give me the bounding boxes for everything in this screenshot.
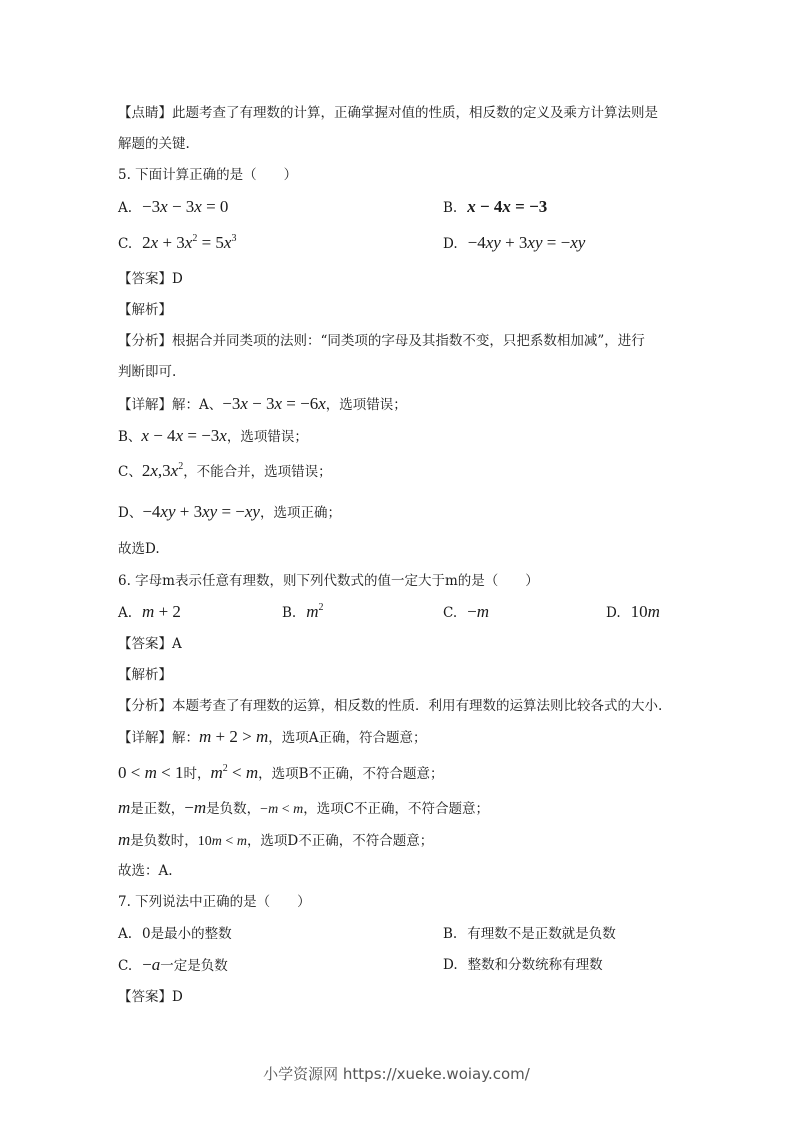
detail-suffix: ，选项A正确，符合题意； [268,730,426,746]
q5-conclusion: 故选D. [118,540,160,558]
q6-detail-2: 0 < m < 1时，m2 < m，选项B不正确，不符合题意； [118,764,444,783]
q5-fenxi-2: 判断即可. [118,363,176,381]
q5-option-b-expr: x − 4x = −3 [467,197,547,216]
detail-suffix: ，选项D不正确，不符合题意； [247,833,433,849]
detail-3-m: m [118,798,130,817]
q6-stem: 6. 字母m表示任意有理数，则下列代数式的值一定大于m的是（ ） [118,572,539,590]
detail-prefix: B、 [118,429,141,445]
q5-option-a-expr: −3x − 3x = 0 [142,197,228,216]
q6-option-b: B.m2 [282,603,324,622]
q5-fenxi-1: 【分析】根据合并同类项的法则：“同类项的字母及其指数不变，只把系数相加减”，进行 [118,332,645,350]
detail-2-expr-1: 0 < m < 1 [118,763,183,782]
q7-option-c-expr: −a [142,955,160,974]
dianjing-line-1: 【点睛】此题考查了有理数的计算，正确掌握对值的性质，相反数的定义及乘方计算法则是 [118,104,658,122]
detail-prefix: D、 [118,505,142,521]
q5-option-a: A.−3x − 3x = 0 [118,198,228,217]
detail-3-negm: −m [184,798,206,817]
q6-conclusion: 故选：A. [118,862,173,880]
q6-option-d: D.10m [606,603,660,622]
detail-text: 是负数时， [130,833,198,849]
option-label: A. [118,199,132,217]
detail-prefix: 【详解】解： [118,730,199,746]
option-label: C. [118,235,132,253]
detail-d-expr: −4xy + 3xy = −xy [142,502,260,521]
option-label: B. [443,199,457,217]
detail-b-expr: x − 4x = −3x [141,426,226,445]
detail-suffix: ，选项正确； [260,505,341,521]
q6-option-d-expr: 10m [631,602,660,621]
detail-1-expr: m + 2 > m [199,727,268,746]
dianjing-line-2: 解题的关键. [118,135,190,153]
detail-3-expr: −m < m [260,802,303,817]
detail-prefix: 【详解】解：A、 [118,397,222,413]
detail-text: 是负数， [206,801,260,817]
q5-jiexi: 【解析】 [118,301,172,319]
detail-suffix: ，选项C不正确，不符合题意； [303,801,489,817]
option-label: D. [443,956,458,974]
option-text: 整数和分数统称有理数 [468,957,603,973]
option-label: D. [443,235,458,253]
q5-detail-a: 【详解】解：A、−3x − 3x = −6x，选项错误； [118,395,407,414]
q5-detail-d: D、−4xy + 3xy = −xy，选项正确； [118,503,341,522]
detail-c-expr: 2x,3x2 [142,461,183,480]
q7-option-c: C.−a一定是负数 [118,956,228,975]
option-label: C. [118,957,132,975]
q6-jiexi: 【解析】 [118,666,172,684]
q5-detail-b: B、x − 4x = −3x，选项错误； [118,427,308,446]
option-text: 一定是负数 [160,958,228,974]
q6-option-c: C.−m [443,603,489,622]
detail-text: 是正数， [130,801,184,817]
detail-4-expr: 10m < m [198,834,247,849]
detail-suffix: ，选项错误； [326,397,407,413]
q6-detail-1: 【详解】解：m + 2 > m，选项A正确，符合题意； [118,728,427,747]
option-text: 0是最小的整数 [142,926,232,942]
detail-2-expr-2: m2 < m [210,763,258,782]
q7-answer: 【答案】D [118,988,183,1006]
q7-option-a: A.0是最小的整数 [118,925,232,943]
option-text: 有理数不是正数就是负数 [467,926,616,942]
q5-answer: 【答案】D [118,270,183,288]
detail-mid: 时， [183,766,210,782]
option-label: D. [606,604,621,622]
option-label: B. [282,604,296,622]
detail-suffix: ，不能合并，选项错误； [183,464,332,480]
option-label: A. [118,604,132,622]
option-label: C. [443,604,457,622]
q5-option-d-expr: −4xy + 3xy = −xy [468,233,586,252]
q5-option-d: D.−4xy + 3xy = −xy [443,234,585,253]
q6-fenxi: 【分析】本题考查了有理数的运算，相反数的性质．利用有理数的运算法则比较各式的大小… [118,697,662,715]
detail-4-m: m [118,830,130,849]
q5-detail-c: C、2x,3x2，不能合并，选项错误； [118,462,332,481]
q6-detail-4: m是负数时，10m < m，选项D不正确，不符合题意； [118,831,433,851]
option-label: B. [443,925,457,943]
q5-option-b: B.x − 4x = −3 [443,198,547,217]
q7-option-b: B.有理数不是正数就是负数 [443,925,616,943]
q7-stem: 7. 下列说法中正确的是（ ） [118,893,311,911]
q5-option-c-expr: 2x + 3x2 = 5x3 [142,233,236,252]
detail-suffix: ，选项错误； [227,429,308,445]
q6-option-a-expr: m + 2 [142,602,181,621]
q6-option-a: A.m + 2 [118,603,181,622]
q6-answer: 【答案】A [118,635,182,653]
q5-option-c: C.2x + 3x2 = 5x3 [118,234,236,253]
q7-option-d: D.整数和分数统称有理数 [443,956,603,974]
detail-prefix: C、 [118,464,142,480]
detail-a-expr: −3x − 3x = −6x [222,394,326,413]
q6-option-b-expr: m2 [306,602,323,621]
option-label: A. [118,925,132,943]
detail-suffix: ，选项B不正确，不符合题意； [258,766,443,782]
q5-stem: 5. 下面计算正确的是（ ） [118,166,297,184]
q6-option-c-expr: −m [467,602,489,621]
footer-watermark: 小学资源网 https://xueke.woiay.com/ [0,1063,793,1084]
q6-detail-3: m是正数，−m是负数，−m < m，选项C不正确，不符合题意； [118,799,489,819]
